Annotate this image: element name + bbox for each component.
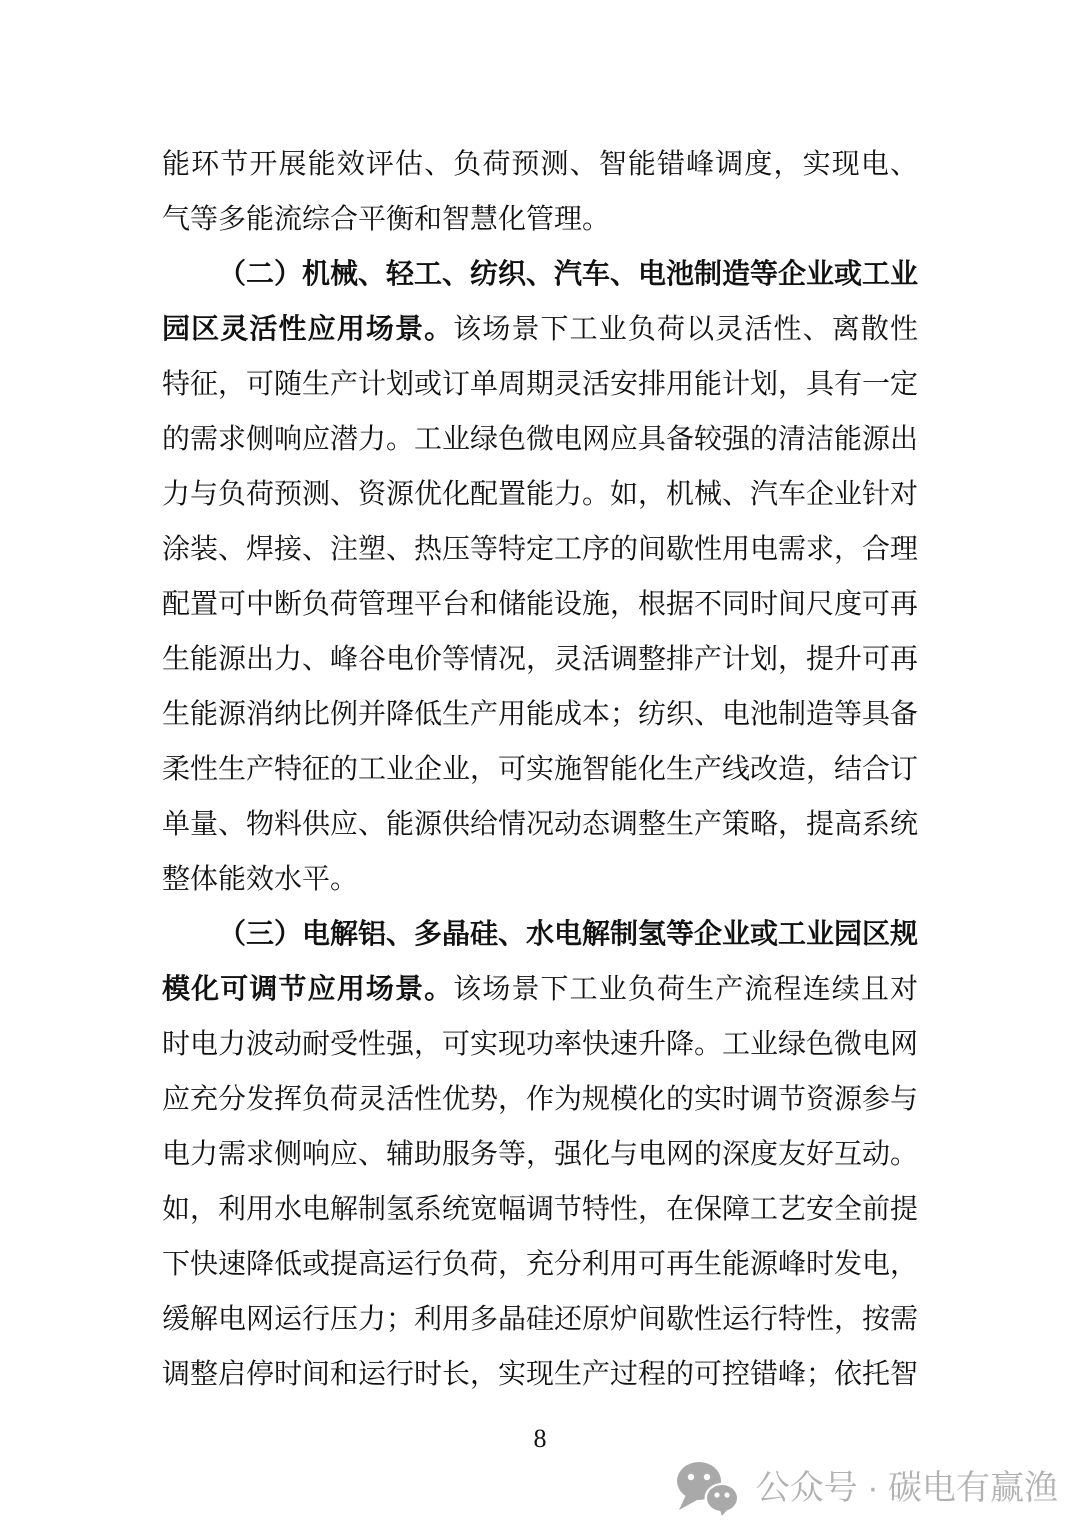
text-line: 应充分发挥负荷灵活性优势，作为规模化的实时调节资源参与 xyxy=(162,1072,918,1127)
page-number: 8 xyxy=(0,1422,1080,1456)
body-text-run: 生能源消纳比例并降低生产用能成本；纺织、电池制造等具备 xyxy=(162,699,918,730)
body-text-run: 生能源出力、峰谷电价等情况，灵活调整排产计划，提升可再 xyxy=(162,644,918,675)
text-line: 如，利用水电解制氢系统宽幅调节特性，在保障工艺安全前提 xyxy=(162,1182,918,1237)
text-line: 园区灵活性应用场景。该场景下工业负荷以灵活性、离散性为 xyxy=(162,302,918,357)
body-text-run: 力与负荷预测、资源优化配置能力。如，机械、汽车企业针对 xyxy=(162,479,918,510)
text-line: 单量、物料供应、能源供给情况动态调整生产策略，提高系统 xyxy=(162,797,918,852)
text-line: 配置可中断负荷管理平台和储能设施，根据不同时间尺度可再 xyxy=(162,577,918,632)
body-text-run: 整体能效水平。 xyxy=(162,864,358,895)
body-text-run: 调整启停时间和运行时长，实现生产过程的可控错峰；依托智 xyxy=(162,1359,918,1390)
document-page: 能环节开展能效评估、负荷预测、智能错峰调度，实现电、热、气等多能流综合平衡和智慧… xyxy=(0,0,1080,1527)
wechat-watermark: 公众号 · 碳电有赢渔 xyxy=(674,1460,1058,1516)
text-line: 调整启停时间和运行时长，实现生产过程的可控错峰；依托智 xyxy=(162,1347,918,1402)
text-line: 特征，可随生产计划或订单周期灵活安排用能计划，具有一定 xyxy=(162,357,918,412)
text-line: （二）机械、轻工、纺织、汽车、电池制造等企业或工业 xyxy=(162,247,918,302)
text-line: （三）电解铝、多晶硅、水电解制氢等企业或工业园区规 xyxy=(162,907,918,962)
text-line: 柔性生产特征的工业企业，可实施智能化生产线改造，结合订 xyxy=(162,742,918,797)
body-text-run: 下快速降低或提高运行负荷，充分利用可再生能源峰时发电， xyxy=(162,1249,918,1280)
text-line: 下快速降低或提高运行负荷，充分利用可再生能源峰时发电， xyxy=(162,1237,918,1292)
body-text-run: 气等多能流综合平衡和智慧化管理。 xyxy=(162,204,610,235)
text-line: 能环节开展能效评估、负荷预测、智能错峰调度，实现电、热、 xyxy=(162,137,918,192)
heading-text-run: （二）机械、轻工、纺织、汽车、电池制造等企业或工业 xyxy=(218,259,918,290)
body-text-run: 柔性生产特征的工业企业，可实施智能化生产线改造，结合订 xyxy=(162,754,918,785)
text-line: 缓解电网运行压力；利用多晶硅还原炉间歇性运行特性，按需 xyxy=(162,1292,918,1347)
text-line: 电力需求侧响应、辅助服务等，强化与电网的深度友好互动。 xyxy=(162,1127,918,1182)
heading-text-run: 园区灵活性应用场景。 xyxy=(162,314,453,345)
heading-text-run: 模化可调节应用场景。 xyxy=(162,974,453,1005)
watermark-text: 公众号 · 碳电有赢渔 xyxy=(756,1460,1058,1516)
text-line: 整体能效水平。 xyxy=(162,852,918,907)
text-line: 时电力波动耐受性强，可实现功率快速升降。工业绿色微电网 xyxy=(162,1017,918,1072)
heading-text-run: （三）电解铝、多晶硅、水电解制氢等企业或工业园区规 xyxy=(218,919,918,950)
body-text-run: 时电力波动耐受性强，可实现功率快速升降。工业绿色微电网 xyxy=(162,1029,918,1060)
wechat-icon xyxy=(674,1460,742,1516)
body-text-run: 缓解电网运行压力；利用多晶硅还原炉间歇性运行特性，按需 xyxy=(162,1304,918,1335)
body-text-run: 如，利用水电解制氢系统宽幅调节特性，在保障工艺安全前提 xyxy=(162,1194,918,1225)
text-line: 生能源消纳比例并降低生产用能成本；纺织、电池制造等具备 xyxy=(162,687,918,742)
body-text-run: 单量、物料供应、能源供给情况动态调整生产策略，提高系统 xyxy=(162,809,918,840)
text-line: 力与负荷预测、资源优化配置能力。如，机械、汽车企业针对 xyxy=(162,467,918,522)
body-text-run: 应充分发挥负荷灵活性优势，作为规模化的实时调节资源参与 xyxy=(162,1084,918,1115)
text-line: 涂装、焊接、注塑、热压等特定工序的间歇性用电需求，合理 xyxy=(162,522,918,577)
body-text-run: 电力需求侧响应、辅助服务等，强化与电网的深度友好互动。 xyxy=(162,1139,918,1170)
text-line: 气等多能流综合平衡和智慧化管理。 xyxy=(162,192,918,247)
document-content: 能环节开展能效评估、负荷预测、智能错峰调度，实现电、热、气等多能流综合平衡和智慧… xyxy=(162,137,918,1402)
body-text-run: 特征，可随生产计划或订单周期灵活安排用能计划，具有一定 xyxy=(162,369,918,400)
body-text-run: 涂装、焊接、注塑、热压等特定工序的间歇性用电需求，合理 xyxy=(162,534,918,565)
text-line: 的需求侧响应潜力。工业绿色微电网应具备较强的清洁能源出 xyxy=(162,412,918,467)
body-text-run: 的需求侧响应潜力。工业绿色微电网应具备较强的清洁能源出 xyxy=(162,424,918,455)
text-line: 模化可调节应用场景。该场景下工业负荷生产流程连续且对短 xyxy=(162,962,918,1017)
text-line: 生能源出力、峰谷电价等情况，灵活调整排产计划，提升可再 xyxy=(162,632,918,687)
body-text-run: 能环节开展能效评估、负荷预测、智能错峰调度，实现电、热、 xyxy=(162,149,918,192)
body-text-run: 配置可中断负荷管理平台和储能设施，根据不同时间尺度可再 xyxy=(162,589,918,620)
